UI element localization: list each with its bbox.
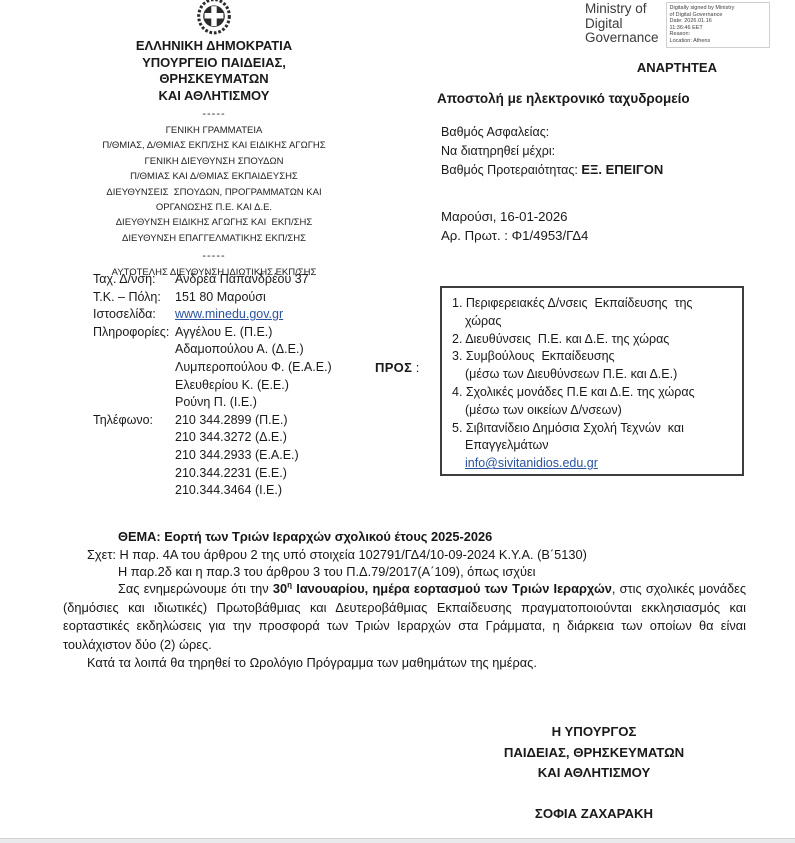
reference-line-2: Η παρ.2δ και η παρ.3 του άρθρου 3 του Π.… [63,563,746,580]
security-level-label: Βαθμός Ασφαλείας: [441,123,663,142]
org-unit-line: ΓΕΝΙΚΗ ΓΡΑΜΜΑΤΕΙΑ [98,123,330,138]
org-unit-line: Π/ΘΜΙΑΣ ΚΑΙ Δ/ΘΜΙΑΣ ΕΚΠΑΙΔΕΥΣΗΣ [98,169,330,184]
org-unit-line: ΔΙΕΥΘΥΝΣΕΙΣ ΣΠΟΥΔΩΝ, ΠΡΟΓΡΑΜΜΑΤΩΝ ΚΑΙ [98,185,330,200]
protocol-number: Αρ. Πρωτ. : Φ1/4953/ΓΔ4 [441,226,588,245]
document-page: ΕΛΛΗΝΙΚΗ ΔΗΜΟΚΡΑΤΙΑ ΥΠΟΥΡΓΕΙΟ ΠΑΙΔΕΙΑΣ, … [0,0,795,843]
stamp-signature-details: Digitally signed by Ministry of Digital … [666,2,770,48]
contact-row-information: Πληροφορίες: Αγγέλου Ε. (Π.Ε.) Αδαμοπούλ… [93,324,373,412]
signatory-name: ΣΟΦΙΑ ΖΑΧΑΡΑΚΗ [444,804,744,825]
recipient-line: 1. Περιφερειακές Δ/νσεις Εκπαίδευσης της [452,295,736,313]
recipients-box: 1. Περιφερειακές Δ/νσεις Εκπαίδευσης της… [440,286,744,476]
letter-body: ΘΕΜΑ: Εορτή των Τριών Ιεραρχών σχολικού … [63,528,746,673]
signatory-title-line1: Η ΥΠΟΥΡΓΟΣ [444,722,744,743]
contact-values: 210 344.2899 (Π.Ε.) 210 344.3272 (Δ.Ε.) … [175,412,299,500]
ministry-name-line1: ΥΠΟΥΡΓΕΙΟ ΠΑΙΔΕΙΑΣ, ΘΡΗΣΚΕΥΜΑΤΩΝ [98,55,330,88]
org-unit-line: ΔΙΕΥΘΥΝΣΗ ΕΠΑΓΓΕΛΜΑΤΙΚΗΣ ΕΚΠ/ΣΗΣ [98,231,330,246]
retain-until-label: Να διατηρηθεί μέχρι: [441,142,663,161]
recipient-line: Επαγγελμάτων [452,437,736,455]
recipient-line: (μέσω των οικείων Δ/νσεων) [452,402,736,420]
contact-person: Ρούνη Π. (Ι.Ε.) [175,394,332,412]
date-protocol-block: Μαρούσι, 16-01-2026 Αρ. Πρωτ. : Φ1/4953/… [441,207,588,245]
contact-label: Ταχ. Δ/νση: [93,271,175,289]
republic-title: ΕΛΛΗΝΙΚΗ ΔΗΜΟΚΡΑΤΙΑ [98,38,330,55]
page-bottom-edge [0,838,795,843]
recipient-email-line: info@sivitanidios.edu.gr [452,455,736,473]
subject-line: ΘΕΜΑ: Εορτή των Τριών Ιεραρχών σχολικού … [63,528,746,546]
contact-label: Ιστοσελίδα: [93,306,175,324]
contact-row-postcode: Τ.Κ. – Πόλη: 151 80 Μαρούσι [93,289,373,307]
signature-block: Η ΥΠΟΥΡΓΟΣ ΠΑΙΔΕΙΑΣ, ΘΡΗΣΚΕΥΜΑΤΩΝ ΚΑΙ ΑΘ… [444,722,744,824]
recipient-line: 2. Διευθύνσεις Π.Ε. και Δ.Ε. της χώρας [452,331,736,349]
recipient-line: 3. Συμβούλους Εκπαίδευσης [452,348,736,366]
recipient-line: χώρας [452,313,736,331]
org-unit-line: Π/ΘΜΙΑΣ, Δ/ΘΜΙΑΣ ΕΚΠ/ΣΗΣ ΚΑΙ ΕΙΔΙΚΗΣ ΑΓΩ… [98,138,330,153]
phone-number: 210.344.2231 (Ε.Ε.) [175,465,299,483]
signatory-title-line3: ΚΑΙ ΑΘΛΗΤΙΣΜΟΥ [444,763,744,784]
contact-info-block: Ταχ. Δ/νση: Ανδρέα Παπανδρέου 37 Τ.Κ. – … [93,271,373,500]
contact-person: Λυμπεροπούλου Φ. (Ε.Α.Ε.) [175,359,332,377]
contact-value: 151 80 Μαρούσι [175,289,266,307]
celebration-date-bold: 30η Ιανουαρίου, ημέρα εορτασμού των Τριώ… [273,581,612,596]
phone-number: 210 344.2899 (Π.Ε.) [175,412,299,430]
anartitea-label: ΑΝΑΡΤΗΤΕΑ [420,60,717,75]
signatory-title-line2: ΠΑΙΔΕΙΑΣ, ΘΡΗΣΚΕΥΜΑΤΩΝ [444,743,744,764]
reference-line-1: Σχετ: Η παρ. 4Α του άρθρου 2 της υπό στο… [63,546,746,563]
contact-label: Πληροφορίες: [93,324,175,412]
closing-paragraph: Κατά τα λοιπά θα τηρηθεί το Ωρολόγιο Πρό… [63,654,746,673]
recipient-email-link[interactable]: info@sivitanidios.edu.gr [465,456,598,470]
org-unit-line: ΟΡΓΑΝΩΣΗΣ Π.Ε. ΚΑΙ Δ.Ε. [98,200,330,215]
contact-label: Τηλέφωνο: [93,412,175,500]
security-block: Βαθμός Ασφαλείας: Να διατηρηθεί μέχρι: Β… [441,123,663,179]
org-unit-line: ΔΙΕΥΘΥΝΣΗ ΕΙΔΙΚΗΣ ΑΓΩΓΗΣ ΚΑΙ ΕΚΠ/ΣΗΣ [98,215,330,230]
contact-row-phone: Τηλέφωνο: 210 344.2899 (Π.Ε.) 210 344.32… [93,412,373,500]
priority-line: Βαθμός Προτεραιότητας: ΕΞ. ΕΠΕΙΓΟΝ [441,161,663,180]
dispatch-method-label: Αποστολή με ηλεκτρονικό ταχυδρομείο [437,91,690,106]
digital-signature-stamp: Ministry of Digital Governance Digitally… [585,2,770,48]
contact-values: Αγγέλου Ε. (Π.Ε.) Αδαμοπούλου Α. (Δ.Ε.) … [175,324,332,412]
phone-number: 210.344.3464 (Ι.Ε.) [175,482,299,500]
org-unit-line: ΓΕΝΙΚΗ ΔΙΕΥΘΥΝΣΗ ΣΠΟΥΔΩΝ [98,154,330,169]
phone-number: 210 344.3272 (Δ.Ε.) [175,429,299,447]
stamp-signer-name: Ministry of Digital Governance [585,2,659,48]
recipient-line: 5. Σιβιτανίδειο Δημόσια Σχολή Τεχνών και [452,420,736,438]
contact-label: Τ.Κ. – Πόλη: [93,289,175,307]
priority-label: Βαθμός Προτεραιότητας: [441,163,581,177]
main-paragraph: Σας ενημερώνουμε ότι την 30η Ιανουαρίου,… [63,580,746,654]
letterhead: ΕΛΛΗΝΙΚΗ ΔΗΜΟΚΡΑΤΙΑ ΥΠΟΥΡΓΕΙΟ ΠΑΙΔΕΙΑΣ, … [98,0,330,281]
greek-coat-of-arms-icon [98,0,330,36]
contact-value: Ανδρέα Παπανδρέου 37 [175,271,309,289]
priority-value: ΕΞ. ΕΠΕΙΓΟΝ [581,162,663,177]
phone-number: 210 344.2933 (Ε.Α.Ε.) [175,447,299,465]
city-date: Μαρούσι, 16-01-2026 [441,207,588,226]
contact-person: Ελευθερίου Κ. (Ε.Ε.) [175,377,332,395]
recipient-line: (μέσω των Διευθύνσεων Π.Ε. και Δ.Ε.) [452,366,736,384]
contact-person: Αδαμοπούλου Α. (Δ.Ε.) [175,341,332,359]
to-label: ΠΡΟΣ : [375,360,419,375]
recipient-line: 4. Σχολικές μονάδες Π.Ε και Δ.Ε. της χώρ… [452,384,736,402]
header-divider: ----- [98,250,330,262]
ministry-name-line2: ΚΑΙ ΑΘΛΗΤΙΣΜΟΥ [98,88,330,105]
header-divider: ----- [98,108,330,120]
contact-row-address: Ταχ. Δ/νση: Ανδρέα Παπανδρέου 37 [93,271,373,289]
contact-row-website: Ιστοσελίδα: www.minedu.gov.gr [93,306,373,324]
website-link[interactable]: www.minedu.gov.gr [175,307,283,321]
contact-person: Αγγέλου Ε. (Π.Ε.) [175,324,332,342]
